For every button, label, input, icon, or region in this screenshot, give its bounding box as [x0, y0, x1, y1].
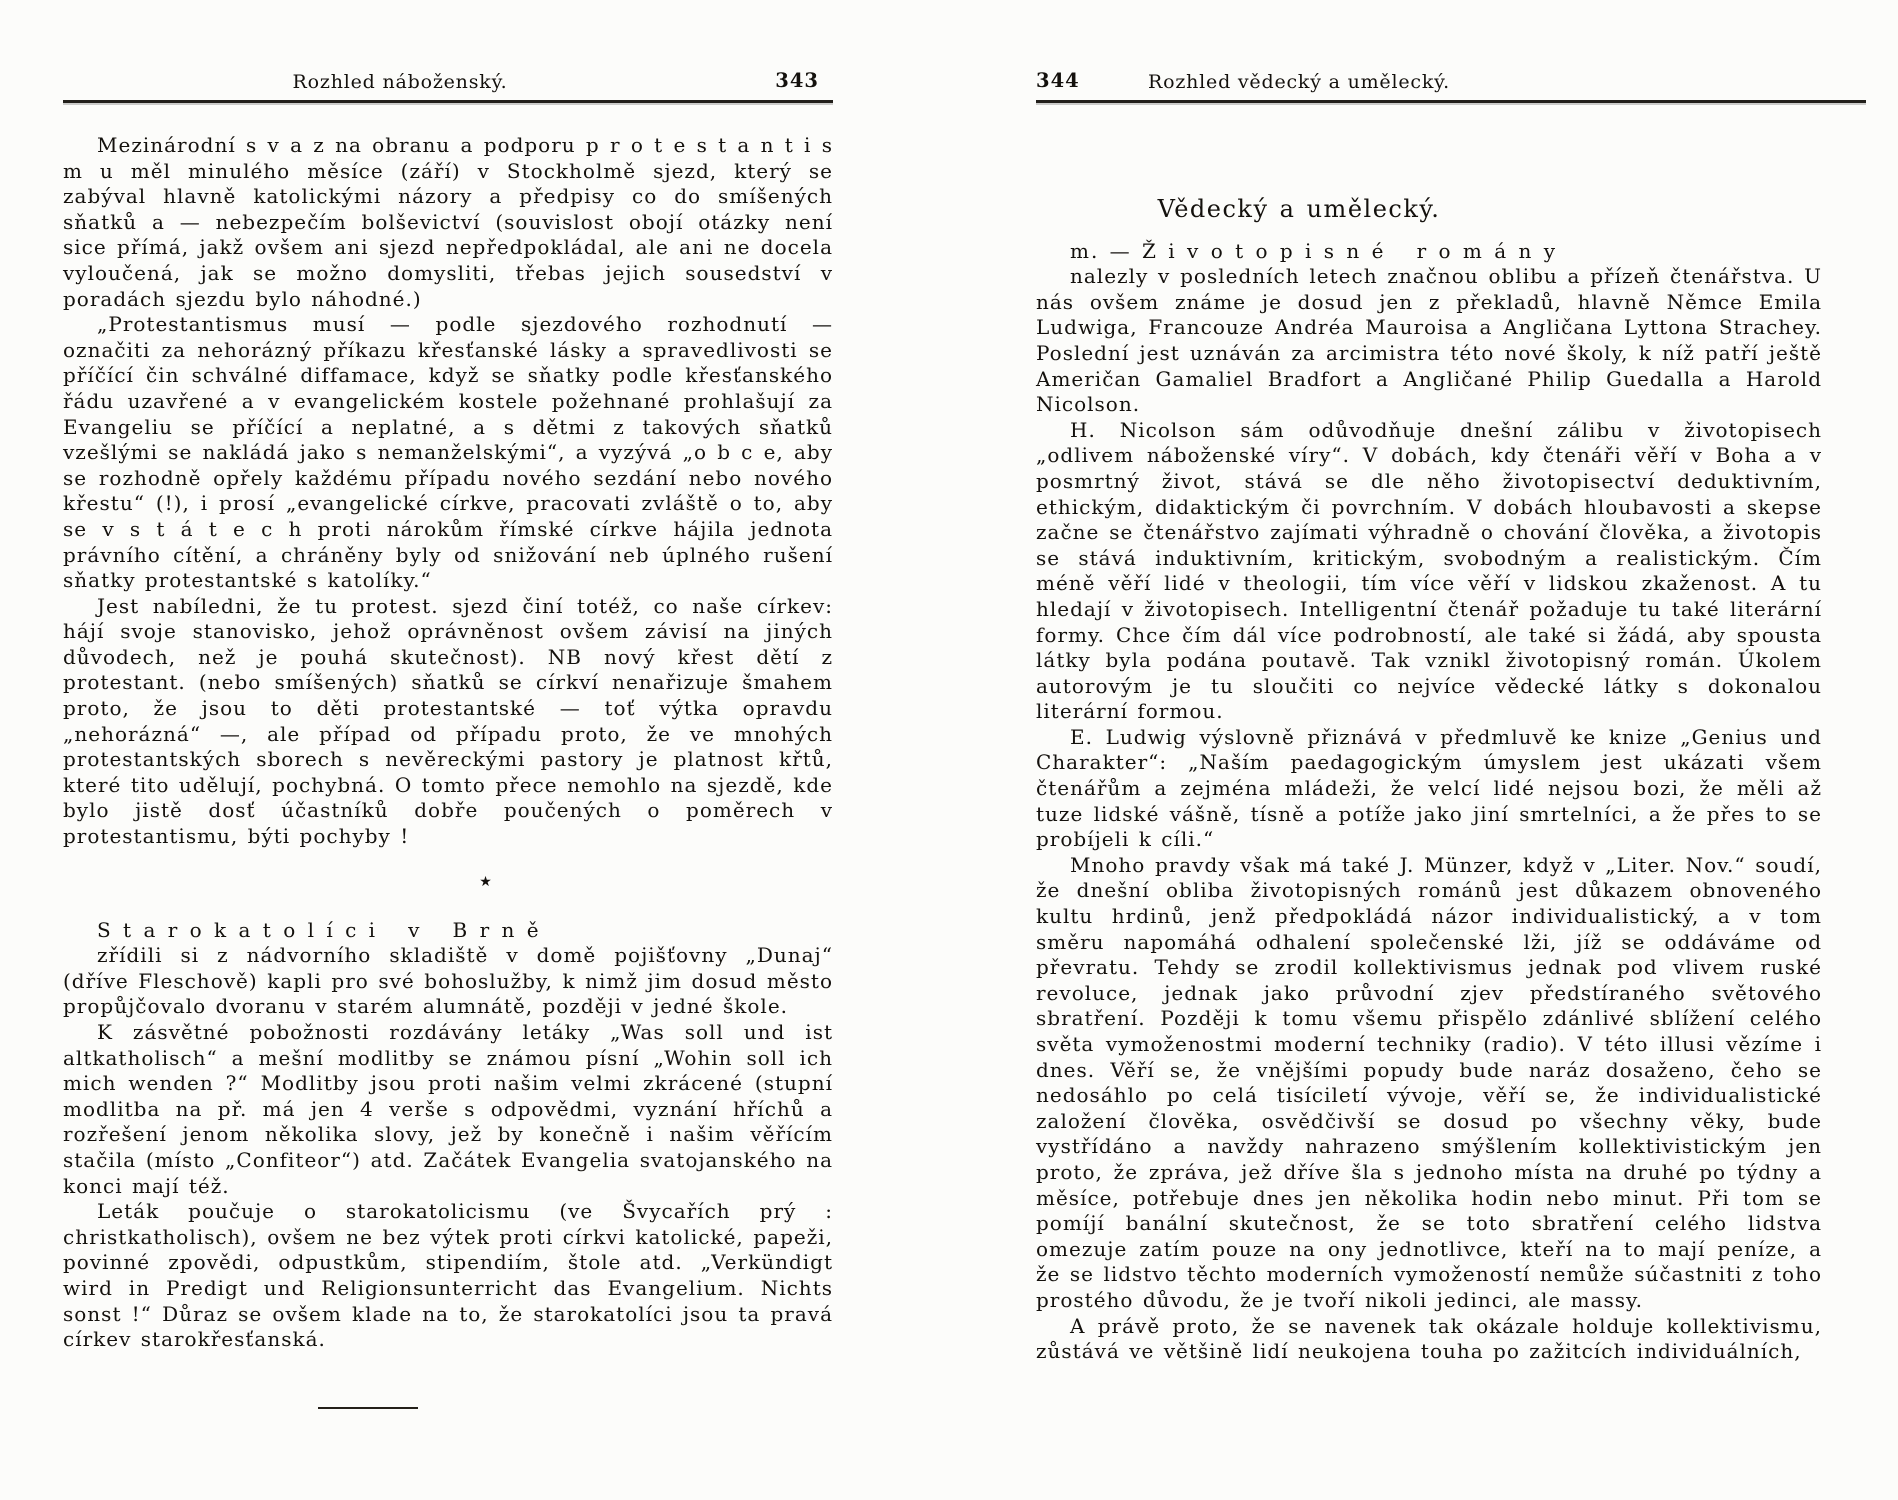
left-running-title: Rozhled náboženský.: [15, 71, 785, 93]
paragraph-nicolson: H. Nicolson sám odůvodňuje dnešní zálibu…: [1036, 418, 1822, 725]
section-title-vedecky-umelecky: Vědecký a umělecký.: [906, 197, 1692, 223]
paragraph-letak-poucuje: Leták poučuje o starokatolicismu (ve Švy…: [63, 1199, 833, 1353]
section-heading-starokatolici: S t a r o k a t o l í c i v B r n ě: [63, 918, 833, 944]
paragraph-a-prave-proto: A právě proto, že se navenek tak okázale…: [1036, 1314, 1822, 1365]
paragraph-zasvetna-poboznost: K zásvětné pobožnosti rozdávány letáky „…: [63, 1020, 833, 1199]
right-header-rule: [1036, 100, 1866, 103]
section-separator: ★: [63, 872, 833, 892]
paragraph-protestant-congress: Mezinárodní s v a z na obranu a podporu …: [63, 133, 833, 312]
left-page: Rozhled náboženský. 343 Mezinárodní s v …: [63, 0, 833, 1500]
end-of-article-rule: [318, 1407, 418, 1410]
paragraph-protestantism-resolution: „Protestantismus musí — podle sjezdového…: [63, 312, 833, 594]
left-page-number: 343: [775, 69, 819, 92]
paragraph-munzer-kollektivismus: Mnoho pravdy však má také J. Münzer, kdy…: [1036, 853, 1822, 1314]
left-page-body: Mezinárodní s v a z na obranu a podporu …: [63, 133, 833, 1409]
paragraph-zridili-si: zřídili si z nádvorního skladiště v domě…: [63, 943, 833, 1020]
right-page: 344 Rozhled vědecký a umělecký. Vědecký …: [1036, 0, 1822, 1500]
star-icon: ★: [479, 874, 493, 890]
paragraph-jest-nabiledni: Jest nabíledni, že tu protest. sjezd čin…: [63, 594, 833, 850]
scanned-journal-spread: Rozhled náboženský. 343 Mezinárodní s v …: [0, 0, 1898, 1500]
right-page-body: Vědecký a umělecký. m. — Ž i v o t o p i…: [1036, 133, 1822, 1365]
right-running-title: Rozhled vědecký a umělecký.: [906, 71, 1692, 93]
article-heading-zivotopisne-romany: m. — Ž i v o t o p i s n é r o m á n y: [1036, 239, 1822, 265]
left-header-rule: [63, 100, 833, 103]
paragraph-ludwig-genius: E. Ludwig výslovně přiznává v předmluvě …: [1036, 725, 1822, 853]
paragraph-nalezly-oblibu: nalezly v posledních letech značnou obli…: [1036, 264, 1822, 418]
